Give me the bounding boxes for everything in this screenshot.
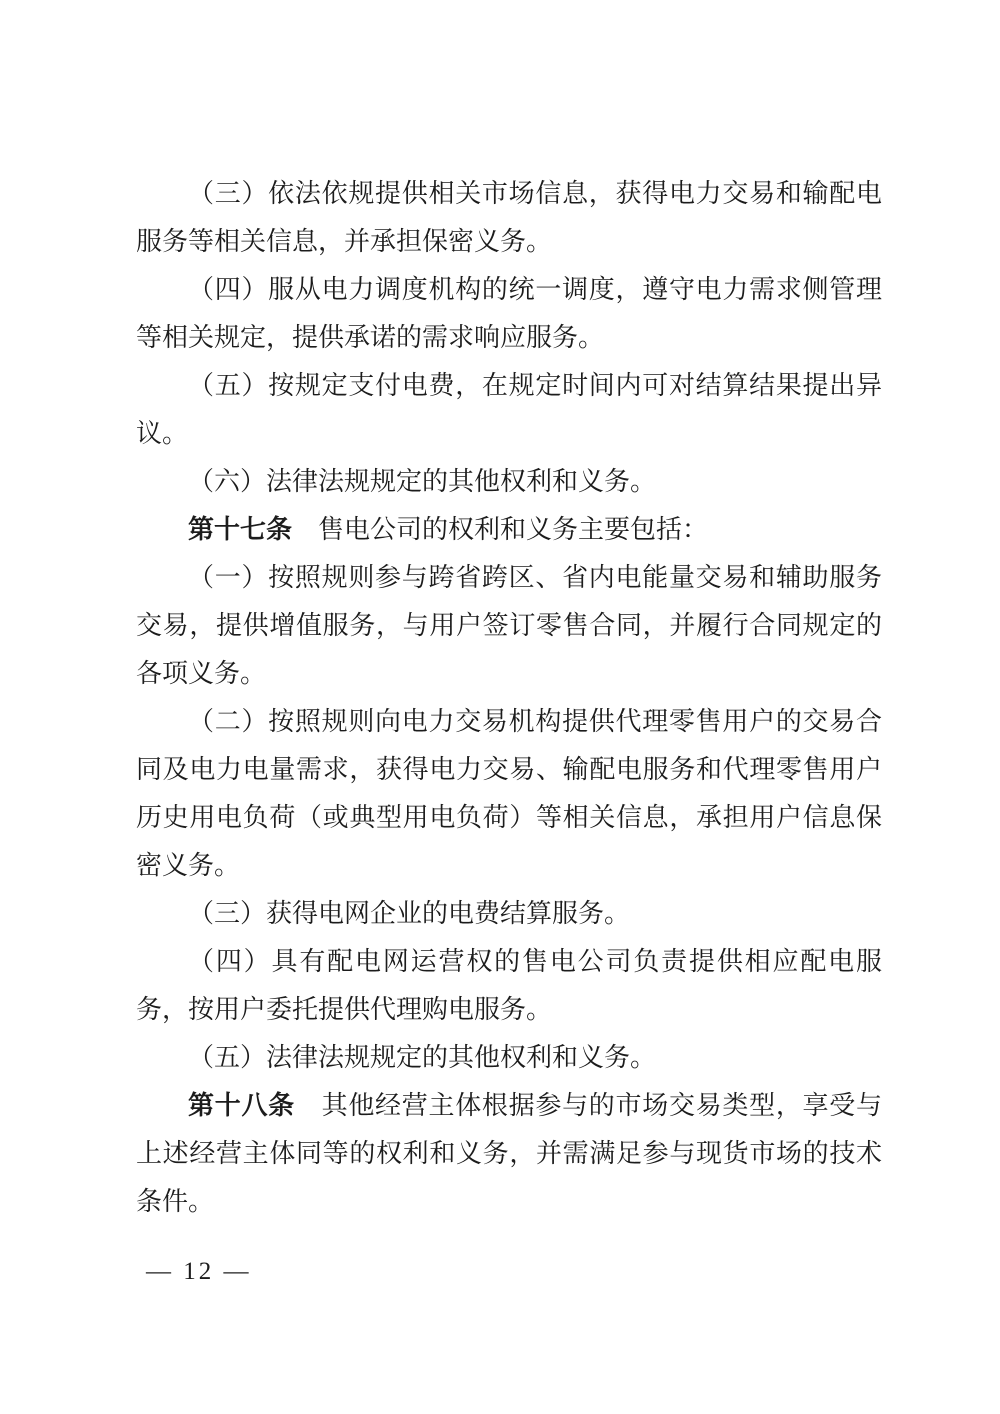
paragraph: （一）按照规则参与跨省跨区、省内电能量交易和辅助服务交易，提供增值服务，与用户签… [136, 554, 882, 698]
article-heading-text: 第十七条 [188, 515, 292, 544]
paragraph: 第十七条 售电公司的权利和义务主要包括： [136, 506, 882, 554]
paragraph-text: （一）按照规则参与跨省跨区、省内电能量交易和辅助服务交易，提供增值服务，与用户签… [136, 563, 882, 688]
paragraph: （三）获得电网企业的电费结算服务。 [136, 890, 882, 938]
paragraph-text: 售电公司的权利和义务主要包括： [292, 515, 708, 544]
document-body: （三）依法依规提供相关市场信息，获得电力交易和输配电服务等相关信息，并承担保密义… [136, 170, 882, 1226]
paragraph-text: （三）获得电网企业的电费结算服务。 [188, 899, 630, 928]
paragraph-text: （三）依法依规提供相关市场信息，获得电力交易和输配电服务等相关信息，并承担保密义… [136, 179, 882, 256]
paragraph: （五）按规定支付电费，在规定时间内可对结算结果提出异议。 [136, 362, 882, 458]
paragraph-text: （五）法律法规规定的其他权利和义务。 [188, 1043, 656, 1072]
paragraph: 第十八条 其他经营主体根据参与的市场交易类型，享受与上述经营主体同等的权利和义务… [136, 1082, 882, 1226]
paragraph: （四）具有配电网运营权的售电公司负责提供相应配电服务，按用户委托提供代理购电服务… [136, 938, 882, 1034]
paragraph: （五）法律法规规定的其他权利和义务。 [136, 1034, 882, 1082]
article-heading-text: 第十八条 [188, 1091, 295, 1120]
paragraph-text: （五）按规定支付电费，在规定时间内可对结算结果提出异议。 [136, 371, 882, 448]
paragraph-text: （四）服从电力调度机构的统一调度，遵守电力需求侧管理等相关规定，提供承诺的需求响… [136, 275, 882, 352]
paragraph: （二）按照规则向电力交易机构提供代理零售用户的交易合同及电力电量需求，获得电力交… [136, 698, 882, 890]
paragraph: （四）服从电力调度机构的统一调度，遵守电力需求侧管理等相关规定，提供承诺的需求响… [136, 266, 882, 362]
paragraph: （三）依法依规提供相关市场信息，获得电力交易和输配电服务等相关信息，并承担保密义… [136, 170, 882, 266]
paragraph-text: （六）法律法规规定的其他权利和义务。 [188, 467, 656, 496]
paragraph-text: （四）具有配电网运营权的售电公司负责提供相应配电服务，按用户委托提供代理购电服务… [136, 947, 882, 1024]
paragraph: （六）法律法规规定的其他权利和义务。 [136, 458, 882, 506]
paragraph-text: （二）按照规则向电力交易机构提供代理零售用户的交易合同及电力电量需求，获得电力交… [136, 707, 882, 880]
document-page: （三）依法依规提供相关市场信息，获得电力交易和输配电服务等相关信息，并承担保密义… [0, 0, 1000, 1414]
page-number: — 12 — [146, 1252, 252, 1292]
